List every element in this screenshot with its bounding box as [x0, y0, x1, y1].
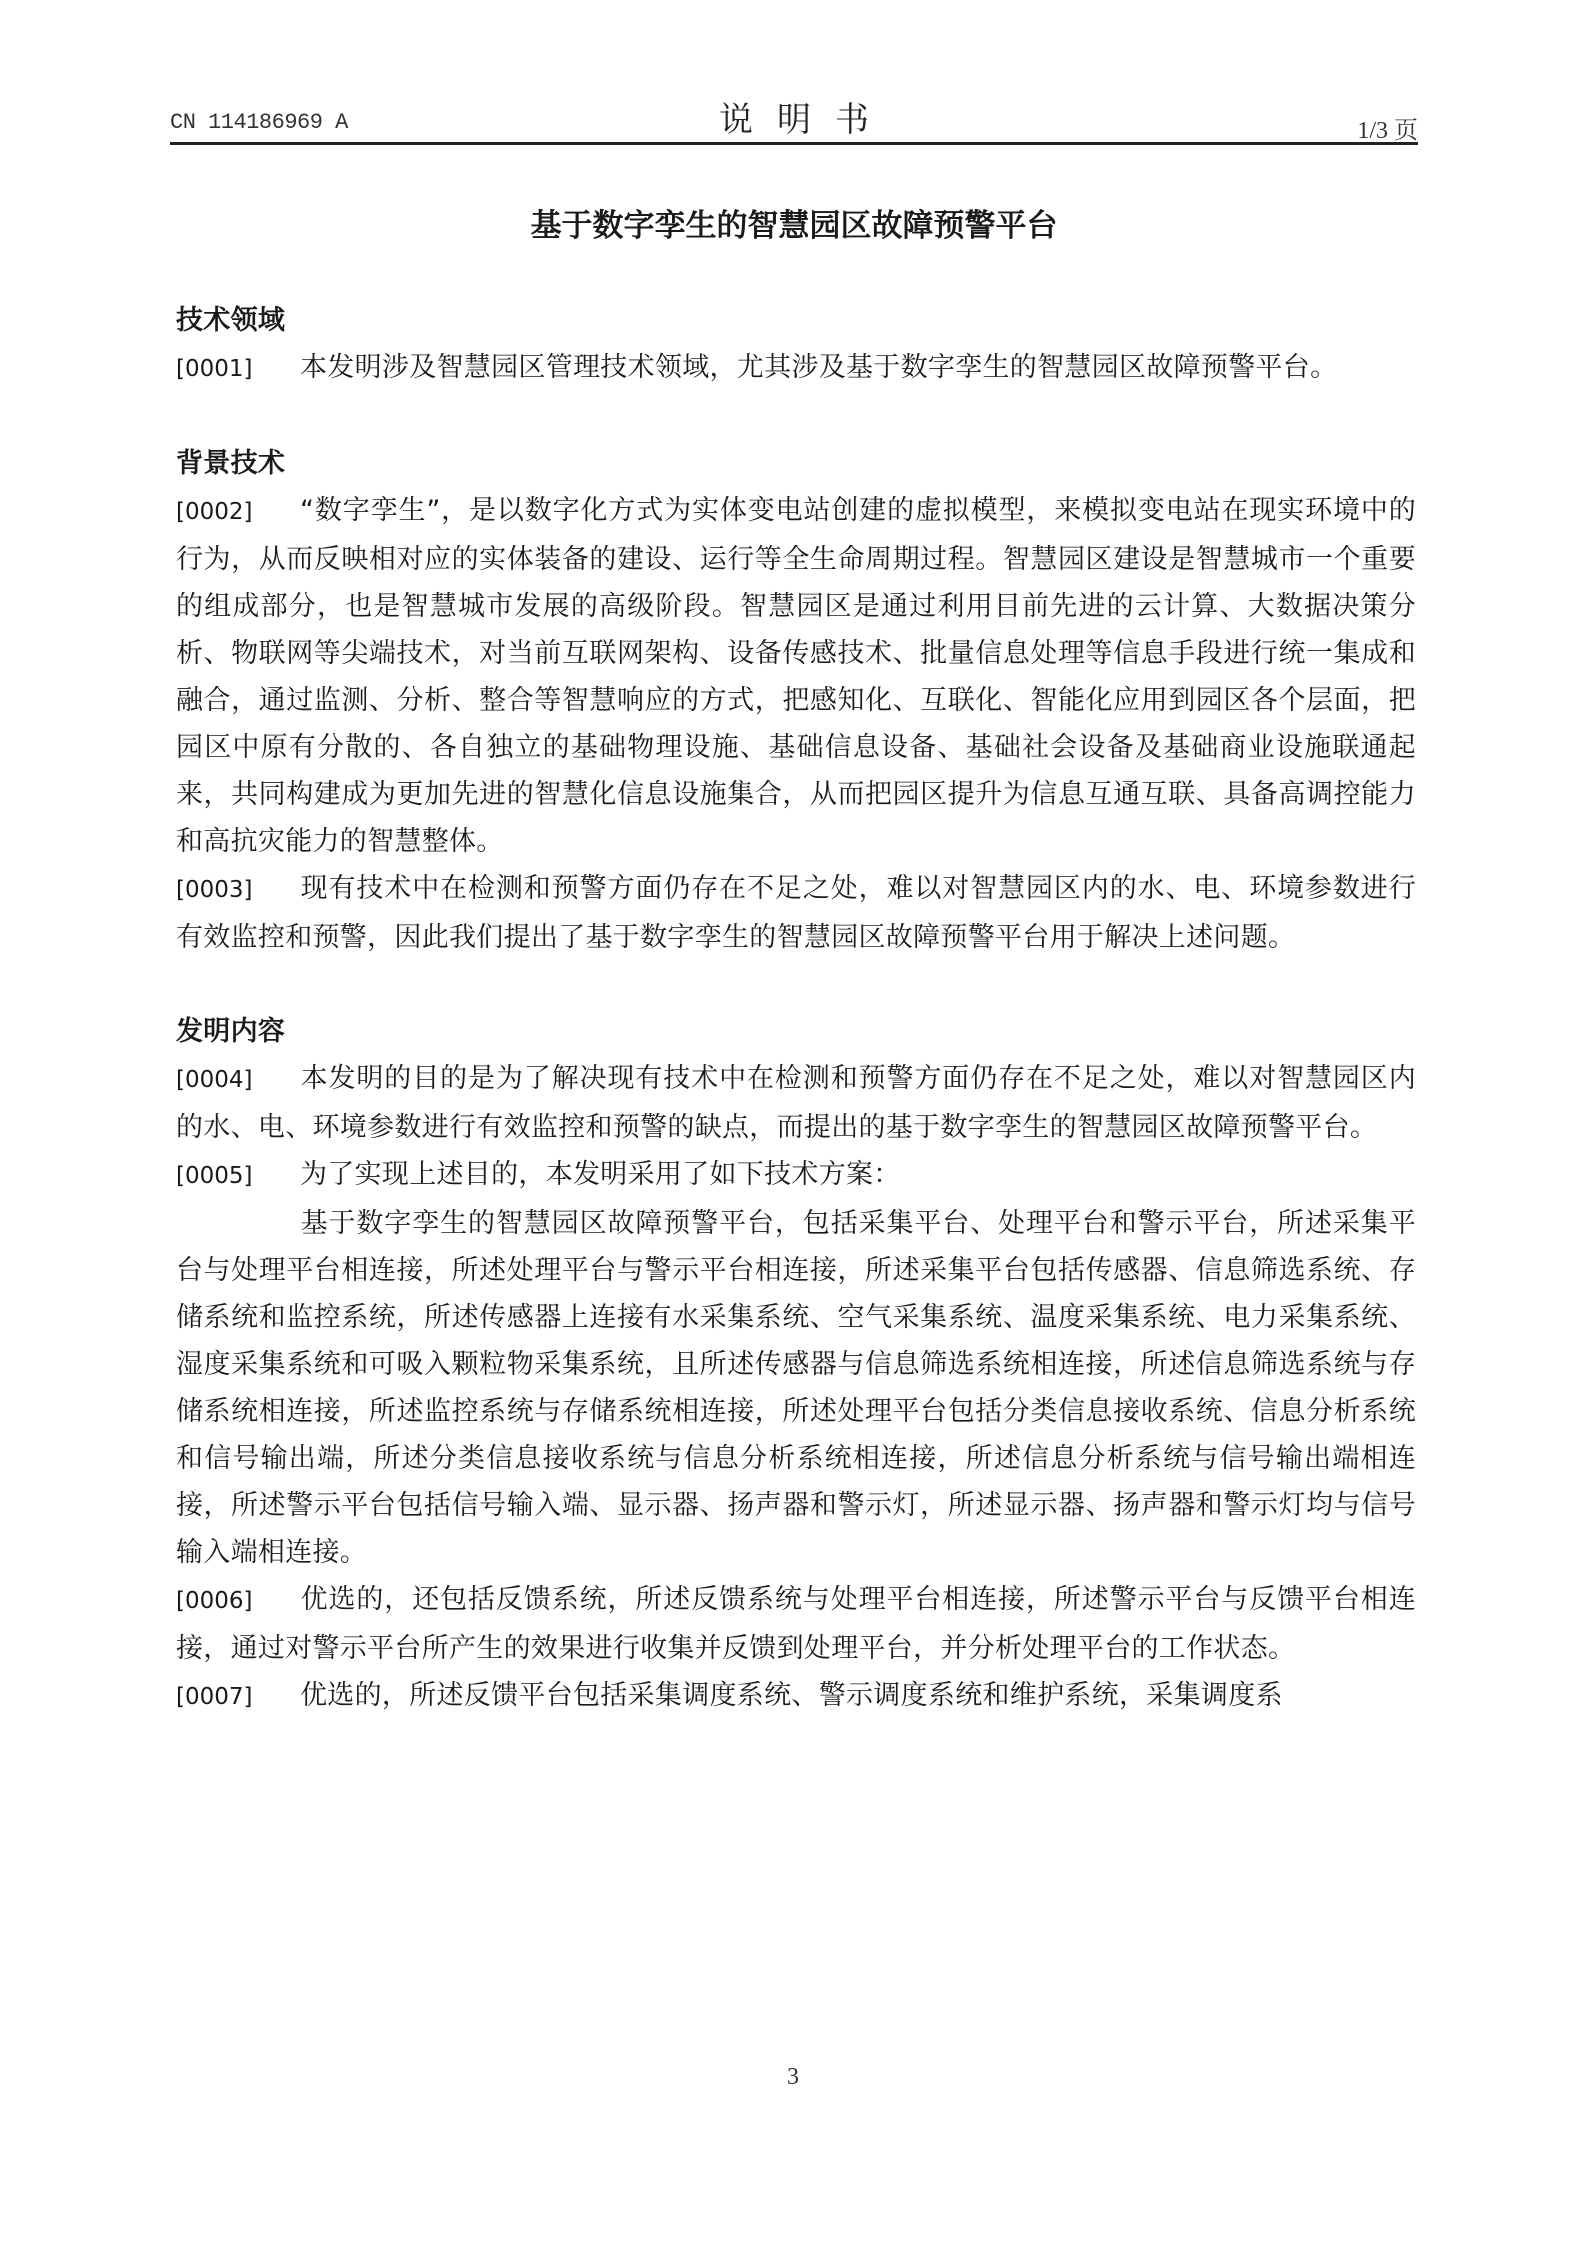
section-summary: 发明内容 [0004]本发明的目的是为了解决现有技术中在检测和预警方面仍存在不足…: [176, 1008, 1416, 1721]
paragraph-text: 基于数字孪生的智慧园区故障预警平台，包括采集平台、处理平台和警示平台，所述采集平…: [176, 1208, 1416, 1568]
paragraph-number: [0001]: [176, 346, 300, 393]
paragraph-text: 本发明涉及智慧园区管理技术领域，尤其涉及基于数字孪生的智慧园区故障预警平台。: [300, 352, 1337, 383]
page-header: CN 114186969 A 说明书 1/3 页: [170, 92, 1418, 148]
header-divider: [170, 142, 1418, 145]
paragraph: 基于数字孪生的智慧园区故障预警平台，包括采集平台、处理平台和警示平台，所述采集平…: [176, 1200, 1416, 1576]
document-type: 说明书: [170, 92, 1418, 141]
paragraph-text: 本发明的目的是为了解决现有技术中在检测和预警方面仍存在不足之处，难以对智慧园区内…: [176, 1063, 1416, 1143]
section-technical-field: 技术领域 [0001]本发明涉及智慧园区管理技术领域，尤其涉及基于数字孪生的智慧…: [176, 297, 1416, 393]
paragraph-number: [0002]: [176, 489, 300, 536]
paragraph-text: 优选的，还包括反馈系统，所述反馈系统与处理平台相连接，所述警示平台与反馈平台相连…: [176, 1584, 1416, 1664]
paragraph: [0004]本发明的目的是为了解决现有技术中在检测和预警方面仍存在不足之处，难以…: [176, 1055, 1416, 1151]
paragraph-number: [0006]: [176, 1578, 300, 1625]
paragraph: [0002]“数字孪生”，是以数字化方式为实体变电站创建的虚拟模型，来模拟变电站…: [176, 487, 1416, 865]
paragraph: [0005]为了实现上述目的，本发明采用了如下技术方案：: [176, 1151, 1416, 1200]
paragraph-number: [0005]: [176, 1153, 300, 1200]
paragraph-number: [0003]: [176, 867, 300, 914]
paragraph: [0007]优选的，所述反馈平台包括采集调度系统、警示调度系统和维护系统，采集调…: [176, 1672, 1416, 1721]
page-indicator: 1/3 页: [1357, 110, 1418, 145]
paragraph-text: 现有技术中在检测和预警方面仍存在不足之处，难以对智慧园区内的水、电、环境参数进行…: [176, 873, 1416, 953]
paragraph-text: 为了实现上述目的，本发明采用了如下技术方案：: [300, 1159, 901, 1190]
paragraph: [0006]优选的，还包括反馈系统，所述反馈系统与处理平台相连接，所述警示平台与…: [176, 1576, 1416, 1672]
section-background-art: 背景技术 [0002]“数字孪生”，是以数字化方式为实体变电站创建的虚拟模型，来…: [176, 440, 1416, 961]
paragraph-text: 优选的，所述反馈平台包括采集调度系统、警示调度系统和维护系统，采集调度系: [300, 1680, 1283, 1711]
section-spacer: [176, 393, 1416, 440]
paragraph: [0001]本发明涉及智慧园区管理技术领域，尤其涉及基于数字孪生的智慧园区故障预…: [176, 344, 1416, 393]
page-number: 3: [0, 2064, 1586, 2091]
paragraph-text: “数字孪生”，是以数字化方式为实体变电站创建的虚拟模型，来模拟变电站在现实环境中…: [176, 495, 1416, 857]
paragraph-number: [0007]: [176, 1674, 300, 1721]
document-body: 技术领域 [0001]本发明涉及智慧园区管理技术领域，尤其涉及基于数字孪生的智慧…: [176, 297, 1416, 1721]
paragraph: [0003]现有技术中在检测和预警方面仍存在不足之处，难以对智慧园区内的水、电、…: [176, 865, 1416, 961]
section-heading: 发明内容: [176, 1008, 1416, 1055]
section-heading: 技术领域: [176, 297, 1416, 344]
section-heading: 背景技术: [176, 440, 1416, 487]
paragraph-number: [0004]: [176, 1057, 300, 1104]
document-title: 基于数字孪生的智慧园区故障预警平台: [170, 200, 1418, 245]
section-spacer: [176, 961, 1416, 1008]
